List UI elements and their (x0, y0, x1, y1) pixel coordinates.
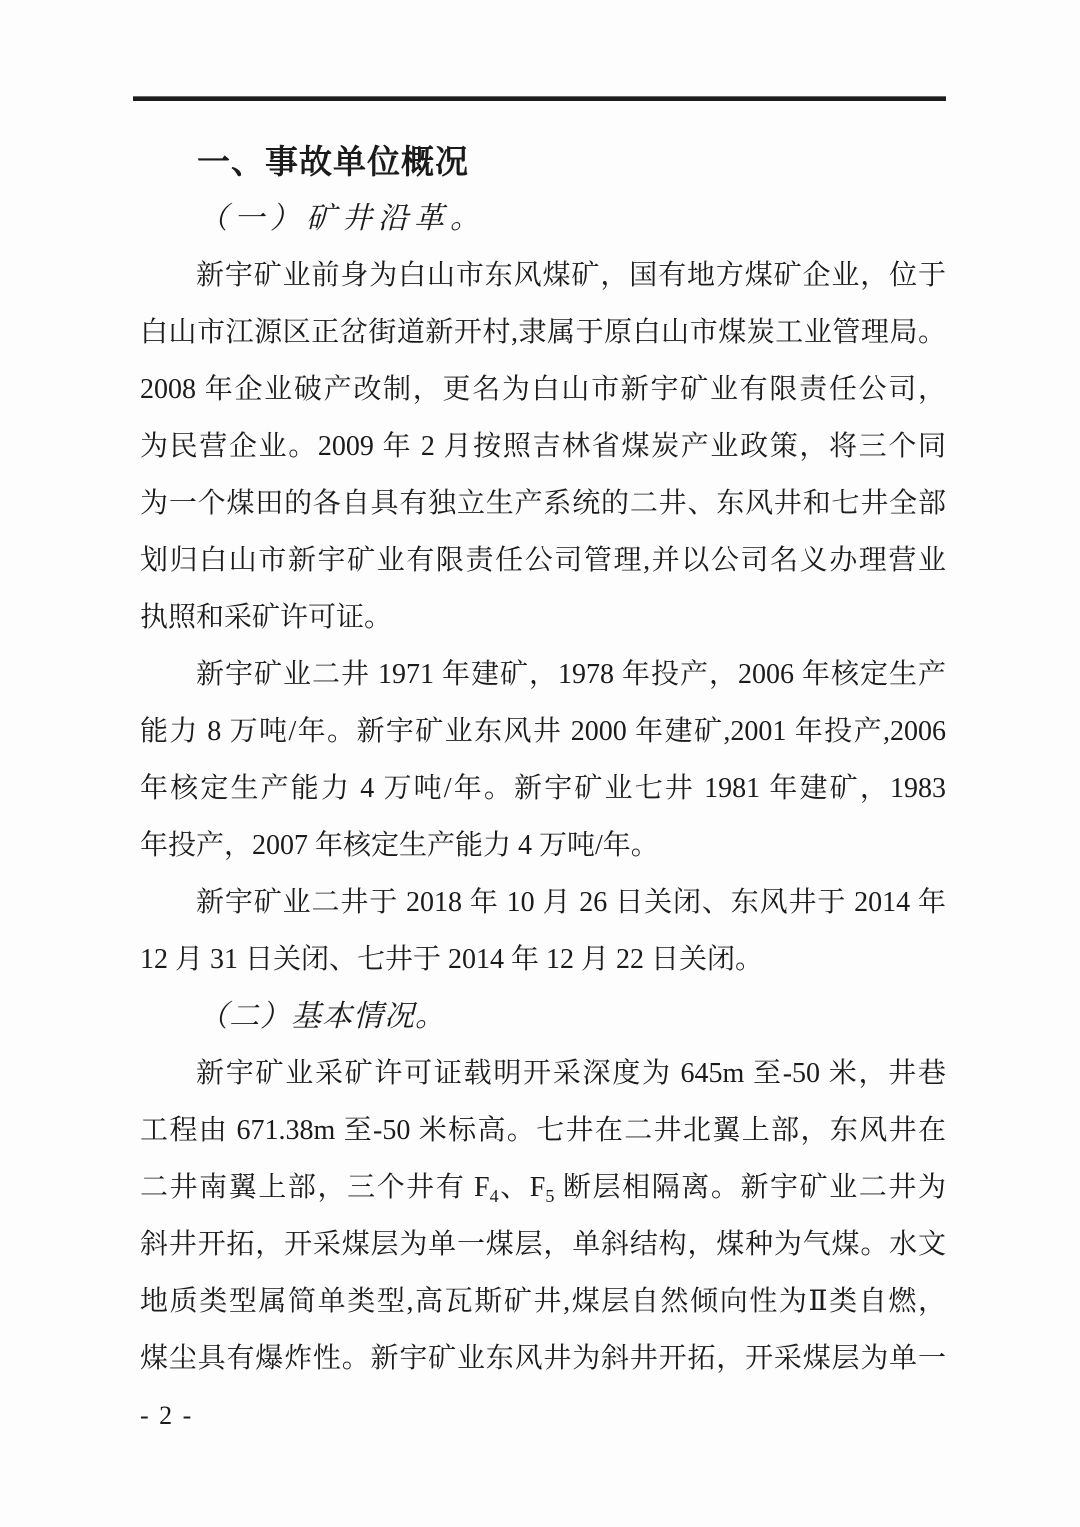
p1-line-3: 2008 年企业破产改制，更名为白山市新宇矿业有限责任公司， (140, 361, 946, 418)
p4-line-3-seg-1: 二井南翼上部，三个井有 F (140, 1172, 490, 1203)
main-heading: 一、事故单位概况 (140, 133, 946, 190)
p1-line-6: 划归白山市新宇矿业有限责任公司管理,并以公司名义办理营业 (140, 532, 946, 589)
p4-line-3: 二井南翼上部，三个井有 F4、F5 断层相隔离。新宇矿业二井为 (140, 1159, 946, 1216)
p4-line-2: 工程由 671.38m 至-50 米标高。七井在二井北翼上部，东风井在 (140, 1102, 946, 1159)
page-number: - 2 - (140, 1387, 946, 1444)
p2-line-3: 年核定生产能力 4 万吨/年。新宇矿业七井 1981 年建矿，1983 (140, 760, 946, 817)
p4-line-4: 斜井开拓，开采煤层为单一煤层，单斜结构，煤种为气煤。水文 (140, 1216, 946, 1273)
p2-line-1: 新宇矿业二井 1971 年建矿，1978 年投产，2006 年核定生产 (140, 646, 946, 703)
p1-line-2: 白山市江源区正岔街道新开村,隶属于原白山市煤炭工业管理局。 (140, 304, 946, 361)
p1-line-5: 为一个煤田的各自具有独立生产系统的二井、东风井和七井全部 (140, 475, 946, 532)
p4-line-1: 新宇矿业采矿许可证载明开采深度为 645m 至-50 米，井巷 (140, 1045, 946, 1102)
p2-line-4: 年投产，2007 年核定生产能力 4 万吨/年。 (140, 817, 946, 874)
p4-line-3-seg-3: 断层相隔离。新宇矿业二井为 (554, 1172, 946, 1203)
header-rule (133, 96, 946, 101)
subsection-title-2: （二）基本情况。 (140, 988, 946, 1045)
fault-f5-subscript: 5 (545, 1186, 554, 1206)
p4-line-5: 地质类型属简单类型,高瓦斯矿井,煤层自然倾向性为Ⅱ类自燃， (140, 1273, 946, 1330)
p1-line-1: 新宇矿业前身为白山市东风煤矿，国有地方煤矿企业，位于 (140, 247, 946, 304)
page-content: 一、事故单位概况 （一）矿井沿革。 新宇矿业前身为白山市东风煤矿，国有地方煤矿企… (140, 133, 946, 1444)
document-page: 一、事故单位概况 （一）矿井沿革。 新宇矿业前身为白山市东风煤矿，国有地方煤矿企… (0, 0, 1080, 1527)
fault-f4-subscript: 4 (490, 1186, 499, 1206)
p2-line-2: 能力 8 万吨/年。新宇矿业东风井 2000 年建矿,2001 年投产,2006 (140, 703, 946, 760)
p1-line-4: 为民营企业。2009 年 2 月按照吉林省煤炭产业政策，将三个同 (140, 418, 946, 475)
subsection-title-1: （一）矿井沿革。 (140, 190, 946, 247)
p1-line-7: 执照和采矿许可证。 (140, 589, 946, 646)
p4-line-6: 煤尘具有爆炸性。新宇矿业东风井为斜井开拓，开采煤层为单一 (140, 1330, 946, 1387)
p3-line-2: 12 月 31 日关闭、七井于 2014 年 12 月 22 日关闭。 (140, 931, 946, 988)
p3-line-1: 新宇矿业二井于 2018 年 10 月 26 日关闭、东风井于 2014 年 (140, 874, 946, 931)
p4-line-3-seg-2: 、F (499, 1172, 546, 1203)
